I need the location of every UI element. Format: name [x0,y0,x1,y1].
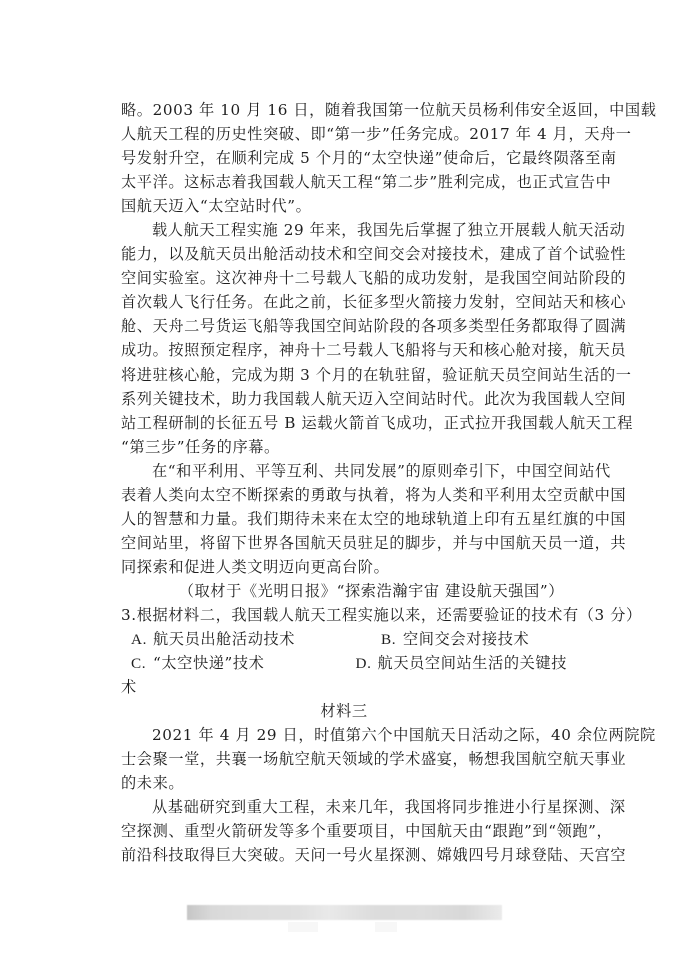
options-row-cd: C.“太空快递”技术 D.航天员空间站生活的关键技 [121,651,567,675]
option-text: 航天员空间站生活的关键技 [378,654,567,672]
options-row-ab: A.航天员出舱活动技术 B.空间交会对接技术 [121,627,567,651]
text-line: 载人航天工程实施 29 年来，我国先后掌握了独立开展载人航天活动 [121,218,567,242]
paragraph-space-day: 2021 年 4 月 29 日，时值第六个中国航天日活动之际，40 余位两院院 … [121,723,567,795]
text-line: 人航天工程的历史性突破、即“第一步”任务完成。2017 年 4 月，天舟一 [121,122,567,146]
option-text: 空间交会对接技术 [403,630,529,648]
question-stem: 3.根据材料二，我国载人航天工程实施以来，还需要验证的技术有（3 分） [121,603,567,627]
option-a[interactable]: A.航天员出舱活动技术 [121,627,381,651]
option-letter: B. [381,628,403,652]
option-text: 航天员出舱活动技术 [153,630,295,648]
option-text: “太空快递”技术 [153,654,264,672]
text-line: “第三步”任务的序幕。 [121,435,567,459]
blurred-footer-fragment [288,922,318,932]
text-line: 首次载人飞行任务。在此之前，长征多型火箭接力发射，空间站天和核心 [121,290,567,314]
text-line: 在“和平利用、平等互利、共同发展”的原则牵引下，中国空间站代 [121,459,567,483]
text-line: 士会聚一堂，共襄一场航空航天领域的学术盛宴，畅想我国航空航天事业 [121,747,567,771]
text-line: 国航天迈入“太空站时代”。 [121,194,567,218]
option-b[interactable]: B.空间交会对接技术 [381,627,529,651]
document-page: 略。2003 年 10 月 16 日，随着我国第一位航天员杨利伟安全返回，中国载… [121,98,567,868]
text-line: 略。2003 年 10 月 16 日，随着我国第一位航天员杨利伟安全返回，中国载 [121,98,567,122]
text-line: 站工程研制的长征五号 B 运载火箭首飞成功，正式拉开我国载人航天工程 [121,411,567,435]
text-line: 空间实验室。这次神舟十二号载人飞船的成功发射，是我国空间站阶段的 [121,266,567,290]
text-line: 从基础研究到重大工程，未来几年，我国将同步推进小行星探测、深 [121,795,567,819]
option-c[interactable]: C.“太空快递”技术 [121,651,356,675]
text-line: 空探测、重型火箭研发等多个重要项目，中国航天由“跟跑”到“领跑”， [121,819,567,843]
text-line: 的未来。 [121,771,567,795]
option-letter: C. [131,652,153,676]
text-line: 人的智慧和力量。我们期待未来在太空的地球轨道上印有五星红旗的中国 [121,507,567,531]
text-line: 将进驻核心舱，完成为期 3 个月的在轨驻留，验证航天员空间站生活的一 [121,363,567,387]
option-letter: A. [131,628,153,652]
text-line: 舱、天舟二号货运飞船等我国空间站阶段的各项多类型任务都取得了圆满 [121,314,567,338]
source-citation: （取材于《光明日报》“探索浩瀚宇宙 建设航天强国”） [121,579,567,603]
question-3: 3.根据材料二，我国载人航天工程实施以来，还需要验证的技术有（3 分） A.航天… [121,603,567,699]
blurred-footer-fragment [375,922,397,932]
text-line: 前沿科技取得巨大突破。天问一号火星探测、嫦娥四号月球登陆、天宫空 [121,843,567,867]
paragraph-achievements: 载人航天工程实施 29 年来，我国先后掌握了独立开展载人航天活动 能力，以及航天… [121,218,567,458]
text-line: 成功。按照预定程序，神舟十二号载人飞船将与天和核心舱对接，航天员 [121,338,567,362]
text-line: 号发射升空，在顺利完成 5 个月的“太空快递”使命后，它最终陨落至南 [121,146,567,170]
text-line: 表着人类向太空不断探索的勇敢与执着，将为人类和平利用太空贡献中国 [121,483,567,507]
blurred-footer-bar [187,905,502,920]
text-line: 2021 年 4 月 29 日，时值第六个中国航天日活动之际，40 余位两院院 [121,723,567,747]
text-line: 太平洋。这标志着我国载人航天工程“第二步”胜利完成，也正式宣告中 [121,170,567,194]
text-line: 系列关键技术，助力我国载人航天迈入空间站时代。此次为我国载人空间 [121,387,567,411]
paragraph-future-projects: 从基础研究到重大工程，未来几年，我国将同步推进小行星探测、深 空探测、重型火箭研… [121,795,567,867]
text-line: 同探索和促进人类文明迈向更高台阶。 [121,555,567,579]
text-line: 能力，以及航天员出舱活动技术和空间交会对接技术，建成了首个试验性 [121,242,567,266]
text-line: 空间站里，将留下世界各国航天员驻足的脚步，并与中国航天员一道，共 [121,531,567,555]
paragraph-principles: 在“和平利用、平等互利、共同发展”的原则牵引下，中国空间站代 表着人类向太空不断… [121,459,567,579]
option-d-wrap: 术 [121,675,567,699]
option-d[interactable]: D.航天员空间站生活的关键技 [356,651,567,675]
paragraph-history: 略。2003 年 10 月 16 日，随着我国第一位航天员杨利伟安全返回，中国载… [121,98,567,218]
section-heading: 材料三 [121,699,567,723]
option-letter: D. [356,652,378,676]
